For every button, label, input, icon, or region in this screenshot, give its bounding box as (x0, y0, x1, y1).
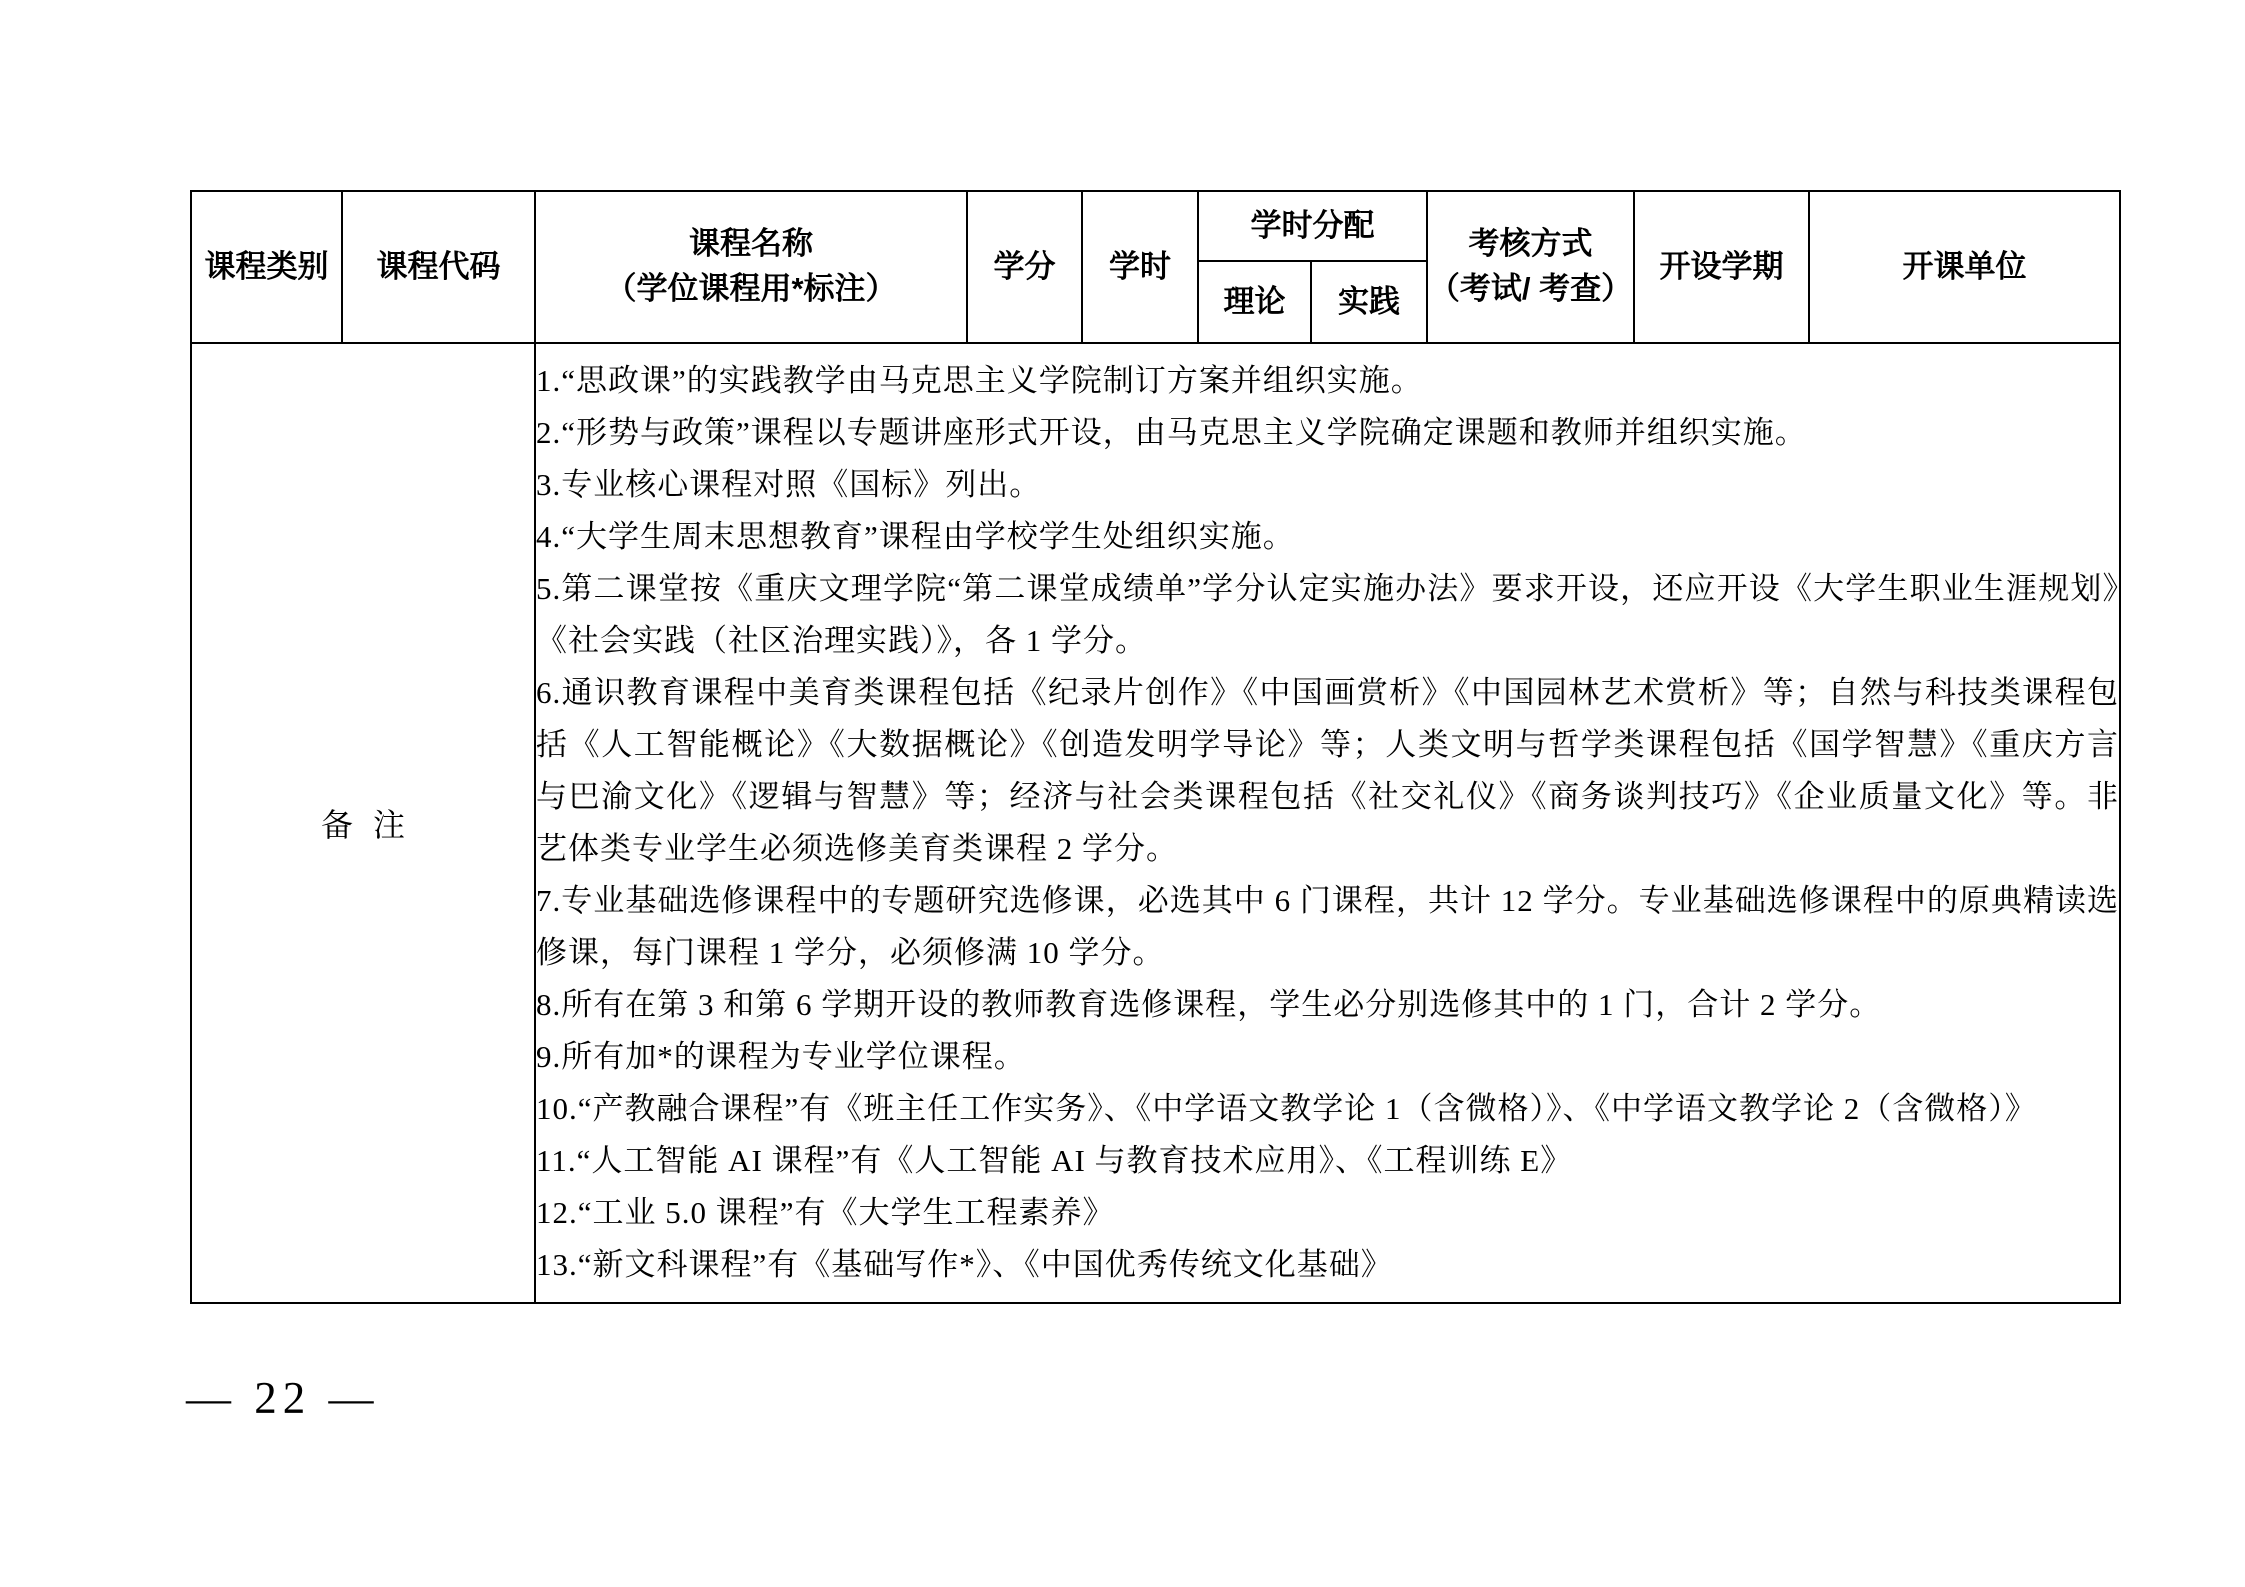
header-semester-label: 开设学期 (1660, 249, 1784, 284)
note-item-5: 5.第二课堂按《重庆文理学院“第二课堂成绩单”学分认定实施办法》要求开设，还应开… (536, 563, 2119, 667)
header-assessment-line2: （考试/ 考查） (1428, 267, 1633, 312)
note-item-8: 8.所有在第 3 和第 6 学期开设的教师教育选修课程，学生必分别选修其中的 1… (536, 979, 2119, 1031)
note-item-2: 2.“形势与政策”课程以专题讲座形式开设，由马克思主义学院确定课题和教师并组织实… (536, 407, 2119, 459)
header-hours-allocation: 学时分配 (1198, 191, 1427, 261)
remarks-header-cell: 备注 (191, 343, 535, 1303)
note-item-1: 1.“思政课”的实践教学由马克思主义学院制订方案并组织实施。 (536, 355, 2119, 407)
note-item-13: 13.“新文科课程”有《基础写作*》、《中国优秀传统文化基础》 (536, 1239, 2119, 1291)
header-course-name-line1: 课程名称 (536, 222, 966, 267)
header-course-name: 课程名称 （学位课程用*标注） (535, 191, 967, 343)
header-practice-hours-label: 实践 (1338, 284, 1400, 319)
header-theory-hours: 理论 (1198, 261, 1311, 343)
note-item-11: 11.“人工智能 AI 课程”有《人工智能 AI 与教育技术应用》、《工程训练 … (536, 1135, 2119, 1187)
header-course-category: 课程类别 (191, 191, 342, 343)
document-page: 课程类别 课程代码 课程名称 （学位课程用*标注） 学分 学时 学时分配 考核方… (0, 0, 2245, 1587)
header-offering-unit-label: 开课单位 (1903, 249, 2027, 284)
header-hours-allocation-label: 学时分配 (1251, 208, 1375, 243)
header-offering-unit: 开课单位 (1809, 191, 2120, 343)
header-practice-hours: 实践 (1311, 261, 1427, 343)
header-credits: 学分 (967, 191, 1082, 343)
page-number: — 22 — (186, 1372, 380, 1424)
header-hours-label: 学时 (1109, 249, 1171, 284)
header-hours: 学时 (1082, 191, 1198, 343)
note-item-12: 12.“工业 5.0 课程”有《大学生工程素养》 (536, 1187, 2119, 1239)
note-item-7: 7.专业基础选修课程中的专题研究选修课，必选其中 6 门课程，共计 12 学分。… (536, 875, 2119, 979)
header-course-name-line2: （学位课程用*标注） (536, 267, 966, 312)
note-item-4: 4.“大学生周末思想教育”课程由学校学生处组织实施。 (536, 511, 2119, 563)
header-course-category-label: 课程类别 (205, 249, 329, 284)
header-semester: 开设学期 (1634, 191, 1809, 343)
header-course-code: 课程代码 (342, 191, 535, 343)
header-assessment: 考核方式 （考试/ 考查） (1427, 191, 1634, 343)
remarks-label: 备注 (321, 807, 425, 843)
remarks-notes-cell: 1.“思政课”的实践教学由马克思主义学院制订方案并组织实施。 2.“形势与政策”… (535, 343, 2120, 1303)
note-item-10: 10.“产教融合课程”有《班主任工作实务》、《中学语文教学论 1（含微格）》、《… (536, 1083, 2119, 1135)
header-theory-hours-label: 理论 (1224, 284, 1286, 319)
header-assessment-line1: 考核方式 (1428, 222, 1633, 267)
note-item-3: 3.专业核心课程对照《国标》列出。 (536, 459, 2119, 511)
header-credits-label: 学分 (994, 249, 1056, 284)
note-item-9: 9.所有加*的课程为专业学位课程。 (536, 1031, 2119, 1083)
note-item-6: 6.通识教育课程中美育类课程包括《纪录片创作》《中国画赏析》《中国园林艺术赏析》… (536, 667, 2119, 875)
course-plan-table: 课程类别 课程代码 课程名称 （学位课程用*标注） 学分 学时 学时分配 考核方… (190, 190, 2121, 1304)
header-course-code-label: 课程代码 (377, 249, 501, 284)
